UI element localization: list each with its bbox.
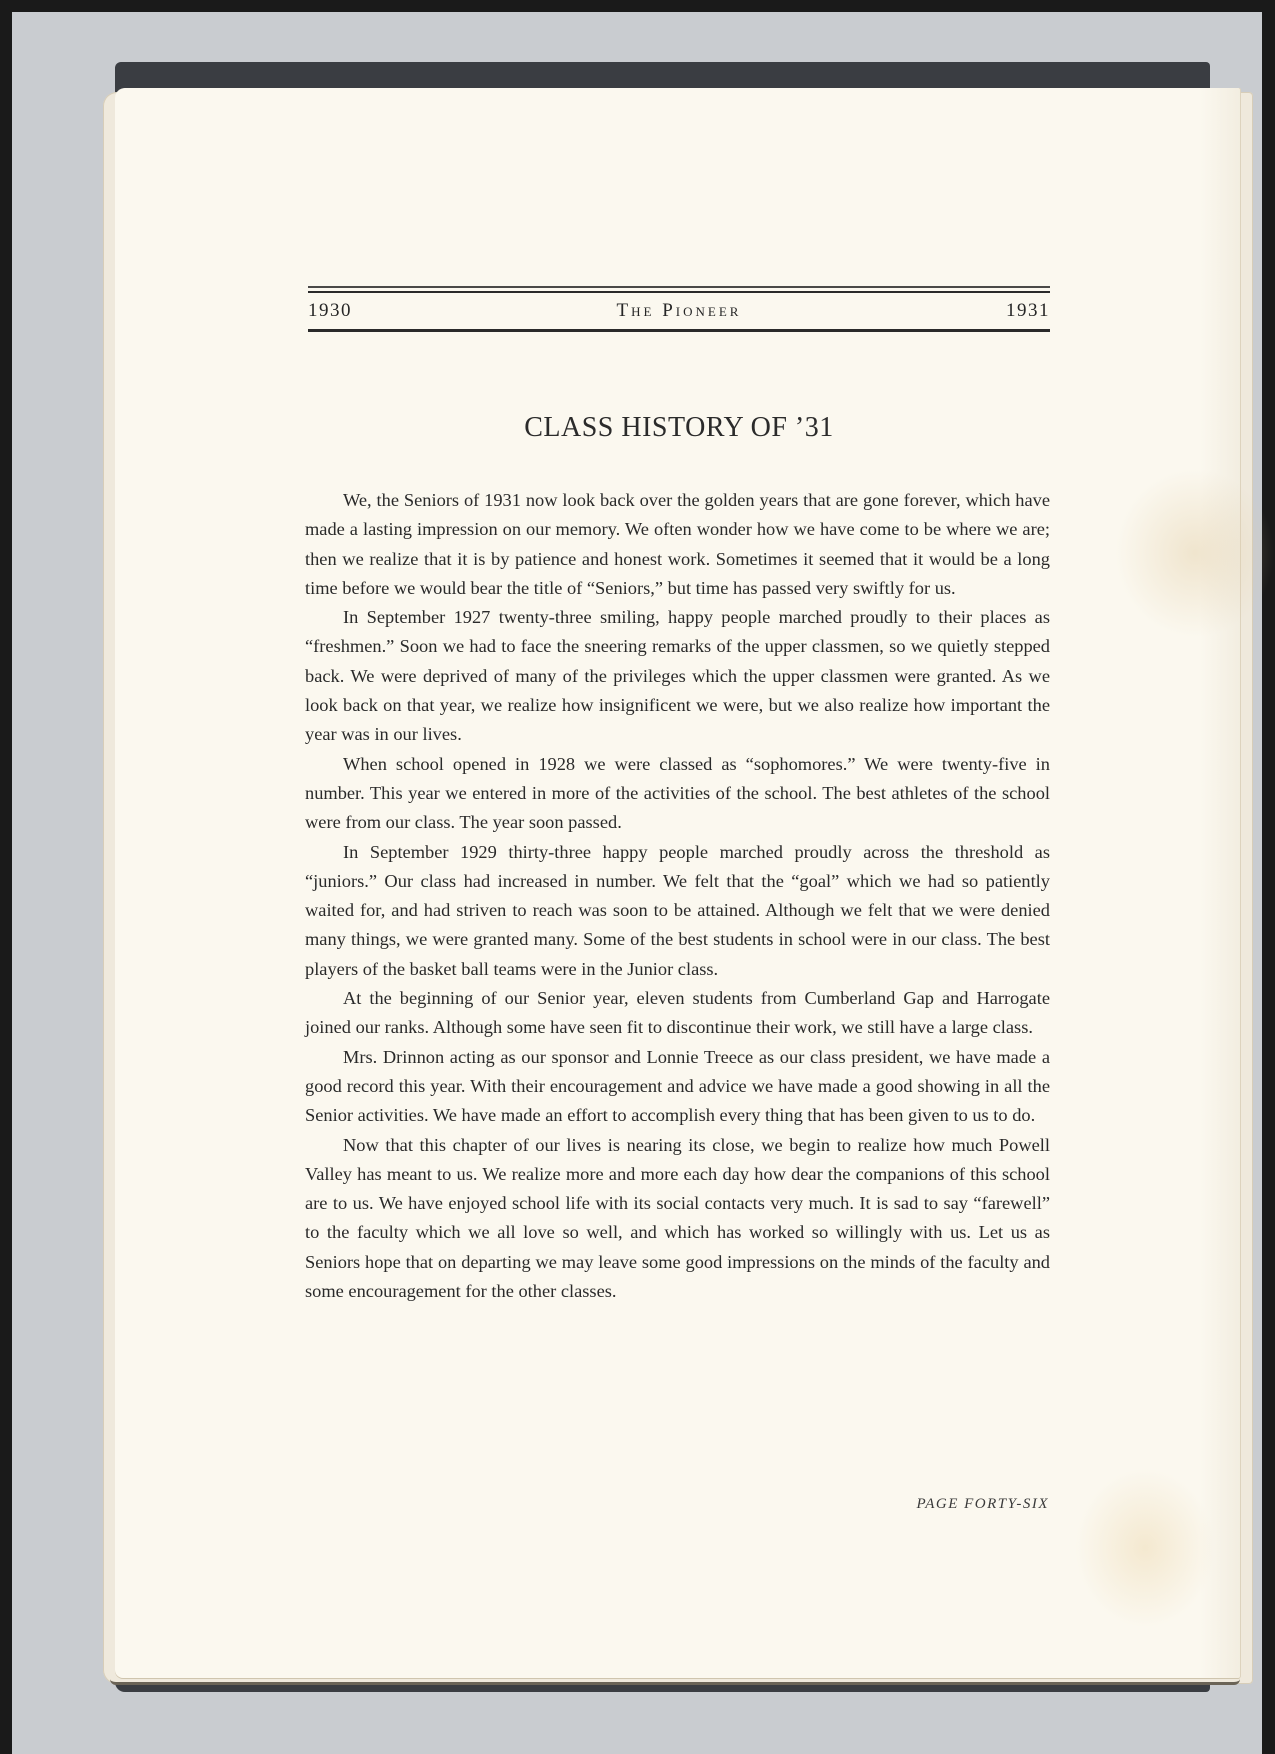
page-title: CLASS HISTORY OF ’31	[308, 412, 1050, 444]
paper-stain	[1115, 468, 1275, 638]
paragraph: At the beginning of our Senior year, ele…	[305, 984, 1050, 1043]
paragraph: In September 1927 twenty-three smiling, …	[305, 603, 1050, 749]
paragraph: Now that this chapter of our lives is ne…	[305, 1131, 1050, 1307]
running-head: 1930 The Pioneer 1931	[308, 286, 1050, 332]
header-rule	[308, 286, 1050, 288]
paragraph: Mrs. Drinnon acting as our sponsor and L…	[305, 1043, 1050, 1131]
running-head-year-left: 1930	[308, 293, 352, 329]
running-head-title: The Pioneer	[617, 293, 742, 329]
header-rule	[308, 329, 1050, 332]
paragraph: When school opened in 1928 we were class…	[305, 750, 1050, 838]
paper-stain	[1075, 1468, 1215, 1628]
running-head-year-right: 1931	[1006, 293, 1050, 329]
paragraph: We, the Seniors of 1931 now look back ov…	[305, 486, 1050, 603]
running-head-row: 1930 The Pioneer 1931	[308, 293, 1050, 329]
article-body: We, the Seniors of 1931 now look back ov…	[305, 486, 1050, 1306]
page-number: PAGE FORTY-SIX	[916, 1496, 1049, 1513]
paragraph: In September 1929 thirty-three happy peo…	[305, 838, 1050, 984]
